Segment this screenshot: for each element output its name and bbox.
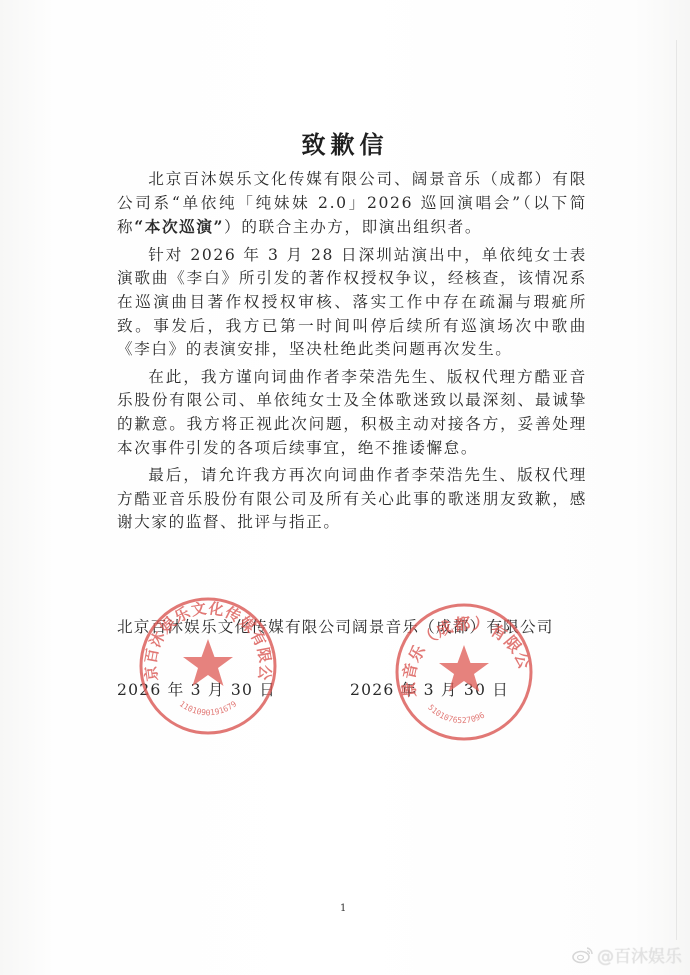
signature-company-2: 阔景音乐（成都）有限公司: [352, 615, 554, 637]
signature-date-1: 2026 年 3 月 30 日: [117, 678, 276, 700]
paragraph-text-bold: “本次巡演”: [134, 217, 224, 236]
svg-text:5101076527096: 5101076527096: [426, 703, 486, 725]
paragraph-2: 针对 2026 年 3 月 28 日深圳站演出中，单依纯女士表演歌曲《李白》所引…: [117, 244, 587, 362]
svg-text:1101090191679: 1101090191679: [178, 699, 239, 717]
paragraph-text: 最后，请允许我方再次向词曲作者李荣浩先生、版权代理方酷亚音乐股份有限公司及所有关…: [117, 466, 587, 531]
watermark-text: @百沐娱乐: [597, 942, 682, 967]
paragraph-text: ）的联合主办方，即演出组织者。: [224, 218, 482, 236]
paragraph-3: 在此，我方谨向词曲作者李荣浩先生、版权代理方酷亚音乐股份有限公司、单依纯女士及全…: [117, 366, 587, 460]
letter-body: 北京百沐娱乐文化传媒有限公司、阔景音乐（成都）有限公司系“单依纯「纯妹妹 2.0…: [117, 168, 587, 539]
signature-date-2: 2026 年 3 月 30 日: [350, 678, 509, 700]
weibo-icon: [572, 946, 594, 964]
paragraph-text: 针对 2026 年 3 月 28 日深圳站演出中，单依纯女士表演歌曲《李白》所引…: [117, 246, 587, 358]
document-page: 致歉信 北京百沐娱乐文化传媒有限公司、阔景音乐（成都）有限公司系“单依纯「纯妹妹…: [0, 0, 690, 975]
signature-company-1: 北京百沐娱乐文化传媒有限公司: [117, 615, 352, 637]
page-number: 1: [340, 903, 346, 914]
weibo-watermark: @百沐娱乐: [572, 942, 682, 967]
svg-text:北京百沐娱乐文化传媒有限公司: 北京百沐娱乐文化传媒有限公司: [136, 594, 274, 682]
paragraph-4: 最后，请允许我方再次向词曲作者李荣浩先生、版权代理方酷亚音乐股份有限公司及所有关…: [117, 464, 587, 535]
page-edge: [676, 40, 677, 940]
paragraph-text: 在此，我方谨向词曲作者李荣浩先生、版权代理方酷亚音乐股份有限公司、单依纯女士及全…: [117, 368, 587, 457]
document-title: 致歉信: [0, 125, 690, 160]
paragraph-1: 北京百沐娱乐文化传媒有限公司、阔景音乐（成都）有限公司系“单依纯「纯妹妹 2.0…: [117, 168, 587, 240]
